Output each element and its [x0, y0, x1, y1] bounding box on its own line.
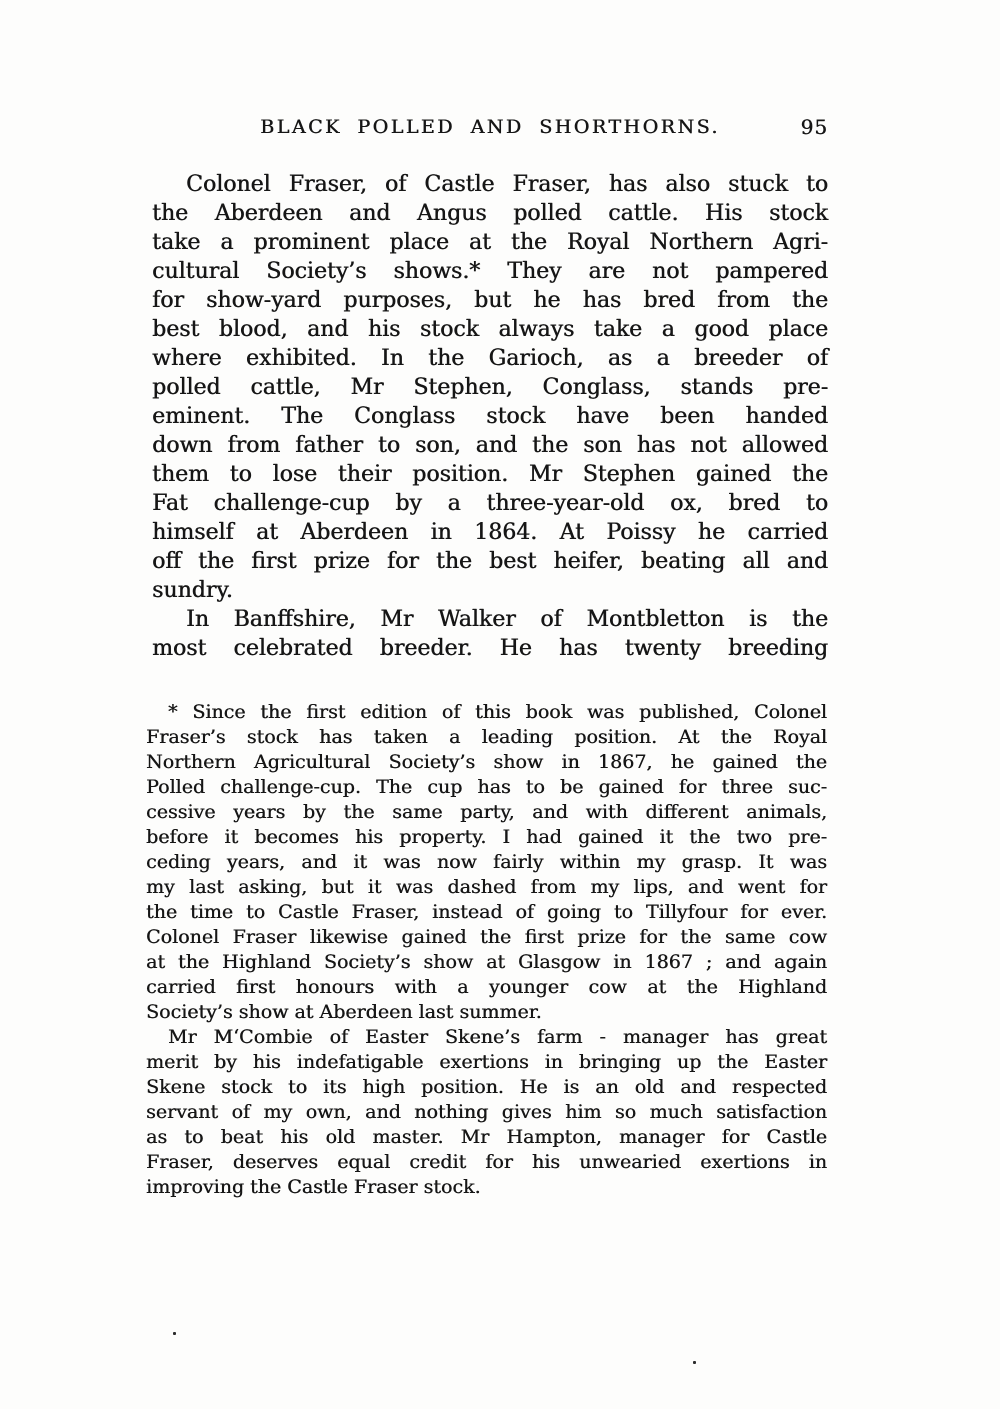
text-line: my last asking, but it was dashed from m… [146, 875, 827, 900]
text-line: eminent. The Conglass stock have been ha… [152, 402, 828, 431]
text-line: Skene stock to its high position. He is … [146, 1075, 827, 1100]
paragraph: * Since the first edition of this book w… [146, 700, 827, 1025]
text-line: best blood, and his stock always take a … [152, 315, 828, 344]
text-line: Fraser’s stock has taken a leading posit… [146, 725, 827, 750]
header-title: BLACK POLLED AND SHORTHORNS. [152, 116, 828, 138]
text-line: Northern Agricultural Society’s show in … [146, 750, 827, 775]
text-line: off the first prize for the best heifer,… [152, 547, 828, 576]
scan-speck [173, 1332, 176, 1335]
paragraph: Colonel Fraser, of Castle Fraser, has al… [152, 170, 828, 605]
text-line: Society’s show at Aberdeen last summer. [146, 1000, 827, 1025]
book-page: BLACK POLLED AND SHORTHORNS. 95 Colonel … [0, 0, 1000, 1409]
text-line: servant of my own, and nothing gives him… [146, 1100, 827, 1125]
text-line: Mr M‘Combie of Easter Skene’s farm - man… [146, 1025, 827, 1050]
text-line: * Since the first edition of this book w… [146, 700, 827, 725]
text-line: them to lose their position. Mr Stephen … [152, 460, 828, 489]
text-line: for show-yard purposes, but he has bred … [152, 286, 828, 315]
text-line: Colonel Fraser likewise gained the first… [146, 925, 827, 950]
text-line: most celebrated breeder. He has twenty b… [152, 634, 828, 663]
text-line: the Aberdeen and Angus polled cattle. Hi… [152, 199, 828, 228]
text-line: cessive years by the same party, and wit… [146, 800, 827, 825]
text-line: cultural Society’s shows.* They are not … [152, 257, 828, 286]
text-line: polled cattle, Mr Stephen, Conglass, sta… [152, 373, 828, 402]
text-line: himself at Aberdeen in 1864. At Poissy h… [152, 518, 828, 547]
footnote-section: * Since the first edition of this book w… [146, 700, 827, 1200]
text-line: In Banffshire, Mr Walker of Montbletton … [152, 605, 828, 634]
paragraph: Mr M‘Combie of Easter Skene’s farm - man… [146, 1025, 827, 1200]
text-line: down from father to son, and the son has… [152, 431, 828, 460]
text-line: Colonel Fraser, of Castle Fraser, has al… [152, 170, 828, 199]
text-line: sundry. [152, 576, 828, 605]
text-line: Fraser, deserves equal credit for his un… [146, 1150, 827, 1175]
text-line: the time to Castle Fraser, instead of go… [146, 900, 827, 925]
text-line: ceding years, and it was now fairly with… [146, 850, 827, 875]
text-line: Fat challenge-cup by a three-year-old ox… [152, 489, 828, 518]
page-number: 95 [801, 115, 828, 139]
text-line: carried first honours with a younger cow… [146, 975, 827, 1000]
paragraph: In Banffshire, Mr Walker of Montbletton … [152, 605, 828, 663]
text-line: before it becomes his property. I had ga… [146, 825, 827, 850]
text-line: as to beat his old master. Mr Hampton, m… [146, 1125, 827, 1150]
running-header: BLACK POLLED AND SHORTHORNS. 95 [152, 116, 828, 146]
text-line: take a prominent place at the Royal Nort… [152, 228, 828, 257]
main-text: Colonel Fraser, of Castle Fraser, has al… [152, 170, 828, 663]
scan-speck [693, 1361, 696, 1364]
text-line: where exhibited. In the Garioch, as a br… [152, 344, 828, 373]
text-line: Polled challenge-cup. The cup has to be … [146, 775, 827, 800]
text-line: improving the Castle Fraser stock. [146, 1175, 827, 1200]
text-line: at the Highland Society’s show at Glasgo… [146, 950, 827, 975]
text-line: merit by his indefatigable exertions in … [146, 1050, 827, 1075]
